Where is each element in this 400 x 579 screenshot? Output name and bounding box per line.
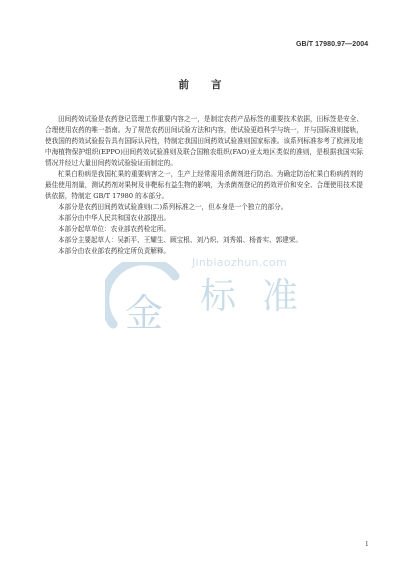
paragraph-drafting-unit: 本部分起草单位：农业部农药检定所。	[45, 224, 363, 235]
page-number: 1	[365, 540, 369, 548]
paragraph-series: 本部分是农药田间药效试验准则(二)系列标准之一，但本身是一个独立的部分。	[45, 202, 363, 213]
paragraph-interpretation: 本部分由农业部农药检定所负责解释。	[45, 246, 363, 257]
paragraph-purpose: 杧果白粉病是我国杧果的重要病害之一，生产上经常需用杀菌剂进行防治。为确定防治杧果…	[45, 169, 363, 202]
paragraph-intro: 田间药效试验是农药登记管理工作重要内容之一，是制定农药产品标签的重要技术依据，田…	[45, 114, 363, 169]
watermark-url: Jinbiaozhun.com	[192, 256, 287, 269]
paragraph-proposer: 本部分由中华人民共和国农业部提出。	[45, 213, 363, 224]
page-title: 前言	[0, 77, 400, 92]
watermark-logo-icon: 金	[105, 262, 190, 334]
watermark: Jinbiaozhun.com 金 标准	[105, 254, 345, 334]
paragraph-drafters: 本部分主要起草人：吴新平、王耀生、顾宝根、刘乃炽、刘秀娟、杨普实、郭建荣。	[45, 235, 363, 246]
standard-code: GB/T 17980.97—2004	[296, 41, 368, 48]
foreword-body: 田间药效试验是农药登记管理工作重要内容之一，是制定农药产品标签的重要技术依据，田…	[45, 114, 363, 257]
watermark-characters: 标准	[200, 268, 324, 319]
svg-text:金: 金	[125, 291, 163, 334]
